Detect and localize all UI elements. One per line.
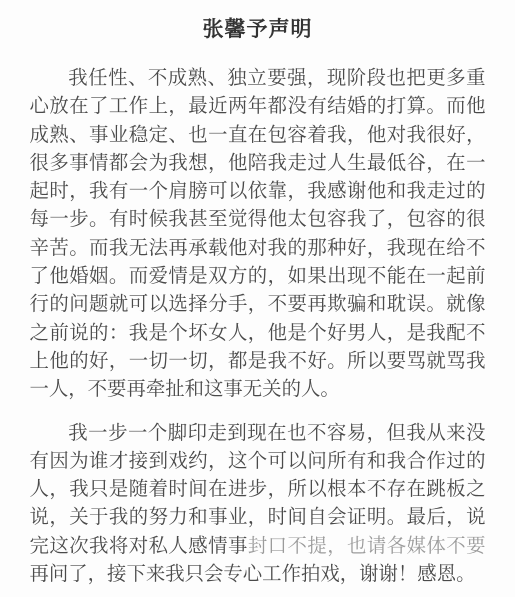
statement-line: 再问了，接下来我只会专心工作拍戏，谢谢！感恩。 [30,560,486,588]
statement-line: 我任性、不成熟、独立要强，现阶段也把更多重 [30,64,486,92]
statement-line: 了他婚姻。而爱情是双方的，如果出现不能在一起前 [30,262,486,290]
page-title: 张馨予声明 [0,14,515,46]
statement-line: 辛苦。而我无法再承载他对我的那种好，我现在给不 [30,234,486,262]
statement-line-muted-part: 封口不提，也请各媒体不要 [248,535,486,557]
statement-body: 我任性、不成熟、独立要强，现阶段也把更多重 心放在了工作上，最近两年都没有结婚的… [30,64,486,588]
statement-line: 人，我只是随着时间在进步，所以根本不存在跳板之 [30,475,486,503]
statement-line: 起时，我有一个肩膀可以依靠，我感谢他和我走过的 [30,177,486,205]
paragraph-1: 我任性、不成熟、独立要强，现阶段也把更多重 心放在了工作上，最近两年都没有结婚的… [30,64,486,404]
paragraph-2: 我一步一个脚印走到现在也不容易，但我从来没 有因为谁才接到戏约，这个可以问所有和… [30,419,486,589]
statement-line: 成熟、事业稳定、也一直在包容着我，他对我很好， [30,121,486,149]
statement-line: 说，关于我的努力和事业，时间自会证明。最后，说 [30,503,486,531]
statement-line-normal-part: 完这次我将对私人感情事 [30,535,248,557]
statement-line: 行的问题就可以选择分手，不要再欺骗和耽误。就像 [30,290,486,318]
statement-line: 上他的好，一切一切，都是我不好。所以要骂就骂我 [30,347,486,375]
statement-line: 我一步一个脚印走到现在也不容易，但我从来没 [30,419,486,447]
statement-line: 心放在了工作上，最近两年都没有结婚的打算。而他 [30,92,486,120]
statement-line-mixed: 完这次我将对私人感情事封口不提，也请各媒体不要 [30,532,486,560]
statement-line: 一人，不要再牵扯和这事无关的人。 [30,375,486,403]
statement-line: 很多事情都会为我想，他陪我走过人生最低谷，在一 [30,149,486,177]
statement-line: 有因为谁才接到戏约，这个可以问所有和我合作过的 [30,447,486,475]
statement-line: 之前说的：我是个坏女人，他是个好男人，是我配不 [30,319,486,347]
statement-line: 每一步。有时候我甚至觉得他太包容我了，包容的很 [30,205,486,233]
statement-page: 张馨予声明 我任性、不成熟、独立要强，现阶段也把更多重 心放在了工作上，最近两年… [0,0,515,597]
